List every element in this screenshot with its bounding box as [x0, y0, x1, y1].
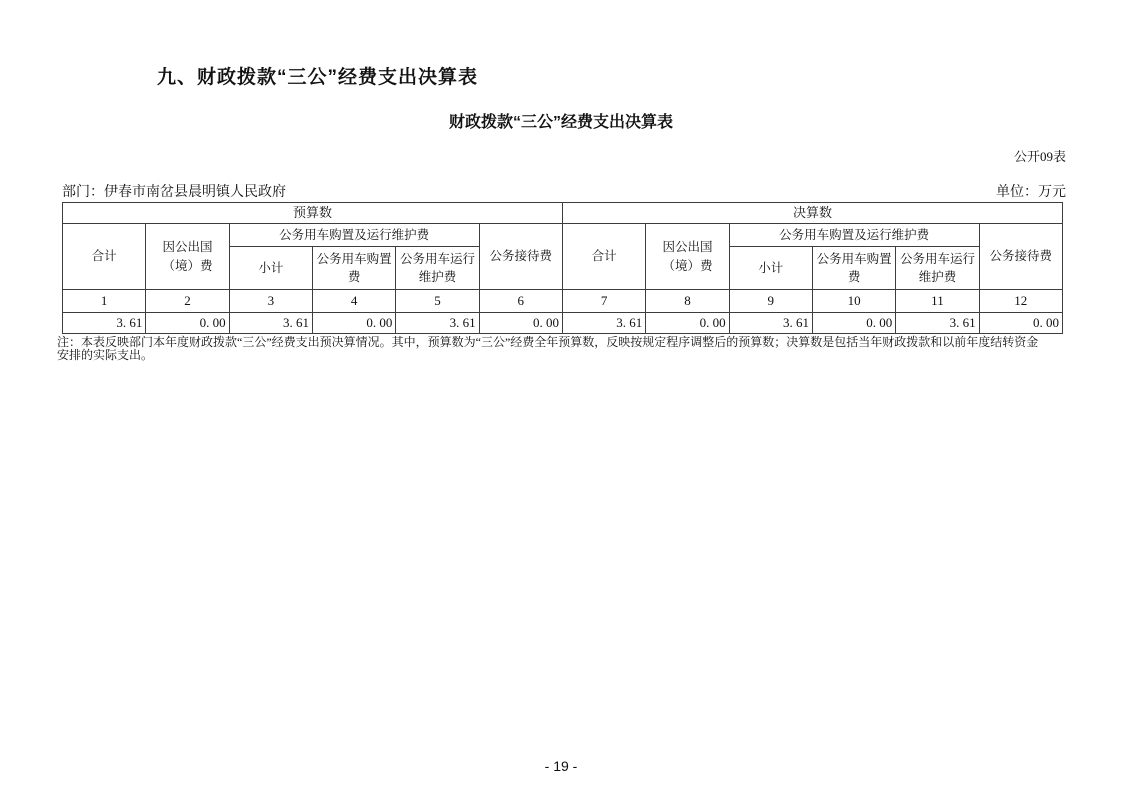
- table-title: 财政拨款“三公”经费支出决算表: [0, 109, 1122, 132]
- value-cell: 0. 00: [979, 313, 1062, 334]
- table-note-line: 安排的实际支出。: [57, 349, 1038, 362]
- column-number-cell: 7: [562, 290, 645, 313]
- value-cell: 3. 61: [729, 313, 812, 334]
- value-cell: 0. 00: [812, 313, 895, 334]
- unit-label: 单位：万元: [996, 181, 1066, 201]
- value-cell: 3. 61: [562, 313, 645, 334]
- column-number-cell: 2: [146, 290, 229, 313]
- meta-row: 部门：伊春市南岔县晨明镇人民政府 单位：万元: [62, 181, 1066, 201]
- col-header-reception-final: 公务接待费: [979, 224, 1062, 290]
- form-code-label: 公开09表: [1014, 146, 1066, 165]
- document-page: 九、财政拨款“三公”经费支出决算表 财政拨款“三公”经费支出决算表 公开09表 …: [0, 0, 1122, 793]
- table-row-group-headers: 预算数 决算数: [63, 203, 1063, 224]
- column-number-cell: 3: [229, 290, 312, 313]
- value-cell: 0. 00: [312, 313, 395, 334]
- col-header-vehicle-group-budget: 公务用车购置及运行维护费: [229, 224, 479, 247]
- col-header-abroad-budget: 因公出国 （境）费: [146, 224, 229, 290]
- col-header-vehicle-purchase-final: 公务用车购置 费: [812, 247, 895, 290]
- col-header-vehicle-group-final: 公务用车购置及运行维护费: [729, 224, 979, 247]
- col-header-vehicle-purchase-budget: 公务用车购置 费: [312, 247, 395, 290]
- value-cell: 3. 61: [229, 313, 312, 334]
- column-number-cell: 6: [479, 290, 562, 313]
- col-header-vehicle-subtotal-budget: 小计: [229, 247, 312, 290]
- table-row-column-numbers: 1 2 3 4 5 6 7 8 9 10 11 12: [63, 290, 1063, 313]
- department-label: 部门：伊春市南岔县晨明镇人民政府: [62, 181, 286, 201]
- table-note: 注：本表反映部门本年度财政拨款“三公”经费支出预决算情况。其中，预算数为“三公”…: [57, 336, 1038, 362]
- column-number-cell: 12: [979, 290, 1062, 313]
- col-header-abroad-final: 因公出国 （境）费: [646, 224, 729, 290]
- col-header-reception-budget: 公务接待费: [479, 224, 562, 290]
- sangong-expense-table: 预算数 决算数 合计 因公出国 （境）费 公务用车购置及运行维护费 公务接待费 …: [62, 202, 1063, 334]
- col-header-vehicle-subtotal-final: 小计: [729, 247, 812, 290]
- col-header-vehicle-operation-budget: 公务用车运行 维护费: [396, 247, 479, 290]
- column-number-cell: 11: [896, 290, 979, 313]
- value-cell: 0. 00: [646, 313, 729, 334]
- value-cell: 0. 00: [146, 313, 229, 334]
- column-number-cell: 8: [646, 290, 729, 313]
- column-number-cell: 5: [396, 290, 479, 313]
- col-header-total-budget: 合计: [63, 224, 146, 290]
- table-note-line: 注：本表反映部门本年度财政拨款“三公”经费支出预决算情况。其中，预算数为“三公”…: [57, 336, 1038, 349]
- group-header-final: 决算数: [562, 203, 1062, 224]
- table-row-values: 3. 61 0. 00 3. 61 0. 00 3. 61 0. 00 3. 6…: [63, 313, 1063, 334]
- value-cell: 3. 61: [63, 313, 146, 334]
- group-header-budget: 预算数: [63, 203, 563, 224]
- value-cell: 0. 00: [479, 313, 562, 334]
- table-row-header-upper: 合计 因公出国 （境）费 公务用车购置及运行维护费 公务接待费 合计 因公出国 …: [63, 224, 1063, 247]
- value-cell: 3. 61: [896, 313, 979, 334]
- column-number-cell: 9: [729, 290, 812, 313]
- value-cell: 3. 61: [396, 313, 479, 334]
- column-number-cell: 1: [63, 290, 146, 313]
- column-number-cell: 10: [812, 290, 895, 313]
- section-title: 九、财政拨款“三公”经费支出决算表: [157, 62, 478, 89]
- col-header-total-final: 合计: [562, 224, 645, 290]
- page-number: - 19 -: [0, 758, 1122, 774]
- column-number-cell: 4: [312, 290, 395, 313]
- col-header-vehicle-operation-final: 公务用车运行 维护费: [896, 247, 979, 290]
